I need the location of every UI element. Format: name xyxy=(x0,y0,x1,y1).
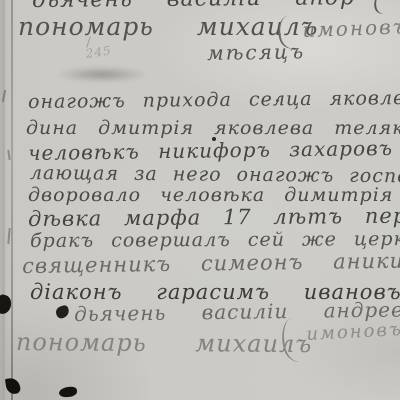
signature-line-ponomar: пономарь михаилъ xyxy=(16,330,313,356)
month-heading: мѣсяцъ xyxy=(207,41,305,63)
manuscript-line: дворовало человѣка димитрія алексѣева xyxy=(28,186,400,205)
ink-smudge xyxy=(58,67,146,82)
manuscript-line: бракъ совершалъ сей же церкви свящ xyxy=(30,230,400,251)
binding-crease xyxy=(2,0,5,400)
manuscript-line-priest: священникъ симеонъ аникиті xyxy=(22,250,400,277)
manuscript-line: дина дмитрія яковлева телякина дво xyxy=(26,119,400,138)
manuscript-line-ponomar-top-surname: имоновъ xyxy=(302,16,400,40)
ink-blot xyxy=(59,386,78,398)
manuscript-line: онагожъ прихода селца яковлевска г xyxy=(28,88,400,112)
ink-spot xyxy=(212,137,216,141)
margin-rule-line xyxy=(11,0,13,400)
ink-blot xyxy=(55,305,71,320)
manuscript-page: дьячень василіи андр пономарь михаилъ им… xyxy=(0,0,400,400)
signature-ponomar-surname: имоновъ xyxy=(306,321,400,344)
manuscript-line-ponomar-top: пономарь михаилъ xyxy=(18,14,318,39)
manuscript-line-top-clipped: дьячень василіи андр xyxy=(32,0,355,12)
flourish-stroke-icon xyxy=(372,0,393,15)
signature-line-dyachok: дьячень василіи андреевъ xyxy=(74,299,400,324)
faint-pencil-mark: 245 xyxy=(85,44,112,59)
ink-blot xyxy=(5,377,21,395)
ink-spot xyxy=(276,99,279,102)
manuscript-line: дѣвка марфа 17 лѣтъ первымъ бра xyxy=(28,205,400,230)
